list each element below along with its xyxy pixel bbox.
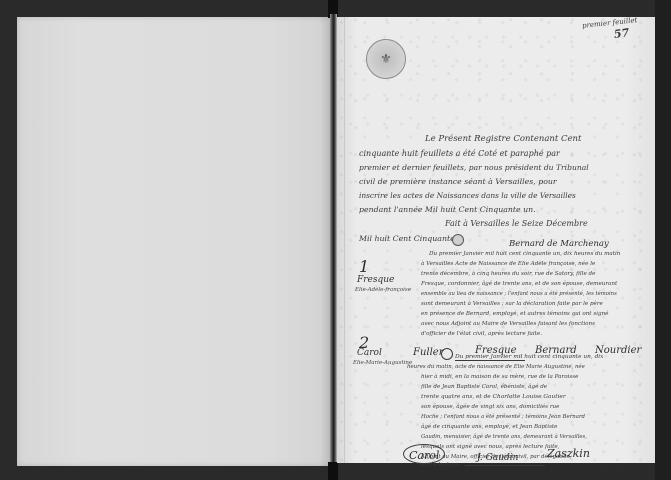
entry-line: son épouse, âgée de vingt six ans, domic… bbox=[421, 405, 559, 411]
entry-line: fille de Jean Baptiste Carol, ébéniste, … bbox=[421, 385, 547, 391]
header-line: pendant l'année Mil huit Cent Cinquante … bbox=[359, 206, 536, 214]
entry-line: trente décembre, à cinq heures du soir, … bbox=[421, 272, 595, 278]
entry-line: hier à midi, en la maison de sa mère, ru… bbox=[421, 375, 578, 381]
entry-line: Du premier Janvier mil huit cent cinquan… bbox=[429, 252, 620, 258]
margin-rule bbox=[344, 17, 345, 463]
signature-flourish bbox=[441, 348, 453, 360]
entry-line: Du premier Janvier mil huit cent cinquan… bbox=[455, 355, 603, 361]
signature: Nourdier bbox=[599, 463, 636, 472]
entry-margin-subtitle: Elie-Adèle-françoise bbox=[355, 287, 411, 293]
entry-line: Gaudin, menuisier, âgé de trente ans, de… bbox=[421, 435, 587, 440]
signature-flourish bbox=[403, 444, 445, 464]
folio-number: 57 bbox=[613, 26, 630, 41]
book-spine bbox=[330, 14, 337, 468]
small-seal-icon bbox=[452, 234, 464, 246]
header-line: inscrire les actes de Naissances dans la… bbox=[359, 192, 576, 199]
entry-line: ensemble au lieu de naissance ; l'enfant… bbox=[421, 292, 617, 297]
entry-line: Hoche ; l'enfant nous a été présenté ; t… bbox=[421, 415, 585, 420]
entry-line: avec nous Adjoint au Maire de Versailles… bbox=[421, 322, 595, 328]
folio-note: premier feuillet bbox=[582, 16, 638, 30]
right-page: premier feuillet 57 ⚜ Le Présent Registr… bbox=[337, 17, 655, 463]
entry-line: Fresque, cordonnier, âgé de trente ans, … bbox=[421, 282, 617, 288]
entry-margin-name: Fresque bbox=[357, 275, 394, 285]
entry-line: sont demeurant à Versailles ; sur la déc… bbox=[421, 302, 603, 308]
spine-bottom-shadow bbox=[328, 462, 338, 480]
entry-margin-subtitle: Elie-Marie-Augustine bbox=[353, 360, 412, 366]
seal-glyph: ⚜ bbox=[380, 52, 392, 67]
seal-stamp-icon: ⚜ bbox=[366, 39, 406, 79]
header-line: Fait à Versailles le Seize Décembre bbox=[445, 220, 588, 228]
header-line: Le Présent Registre Contenant Cent bbox=[425, 135, 581, 144]
signature: J. Gaudin bbox=[477, 453, 518, 463]
entry-line: en présence de Bernard, employé, et autr… bbox=[421, 312, 608, 318]
entry-line: âgé de cinquante ans, employé, et Jean B… bbox=[421, 425, 558, 431]
signature: Fuller bbox=[413, 347, 443, 358]
header-line: cinquante huit feuillets a été Coté et p… bbox=[359, 150, 560, 158]
entry-number: 1 bbox=[359, 257, 369, 276]
entry-line: d'officier de l'état civil, après lectur… bbox=[421, 332, 542, 338]
scan-edge-right bbox=[655, 0, 671, 480]
header-line: civil de première instance séant à Versa… bbox=[359, 178, 557, 186]
header-line: premier et dernier feuillets, par nous p… bbox=[359, 164, 589, 172]
president-signature: Bernard de Marchenay bbox=[509, 239, 609, 249]
entry-line: heures du matin, acte de naissance de El… bbox=[407, 365, 585, 370]
signature: Zaszkin bbox=[547, 447, 590, 460]
document-viewer: premier feuillet 57 ⚜ Le Présent Registr… bbox=[0, 0, 671, 480]
signature-underline bbox=[465, 465, 545, 466]
entry-line: à Versailles Acte de Naissance de Elie A… bbox=[421, 262, 595, 268]
header-line: Mil huit Cent Cinquante. bbox=[359, 235, 457, 243]
left-page-blank bbox=[17, 17, 332, 466]
entry-line: trente quatre ans, et de Charlotte Louis… bbox=[421, 395, 566, 401]
entry-margin-name: Carol bbox=[357, 348, 382, 358]
